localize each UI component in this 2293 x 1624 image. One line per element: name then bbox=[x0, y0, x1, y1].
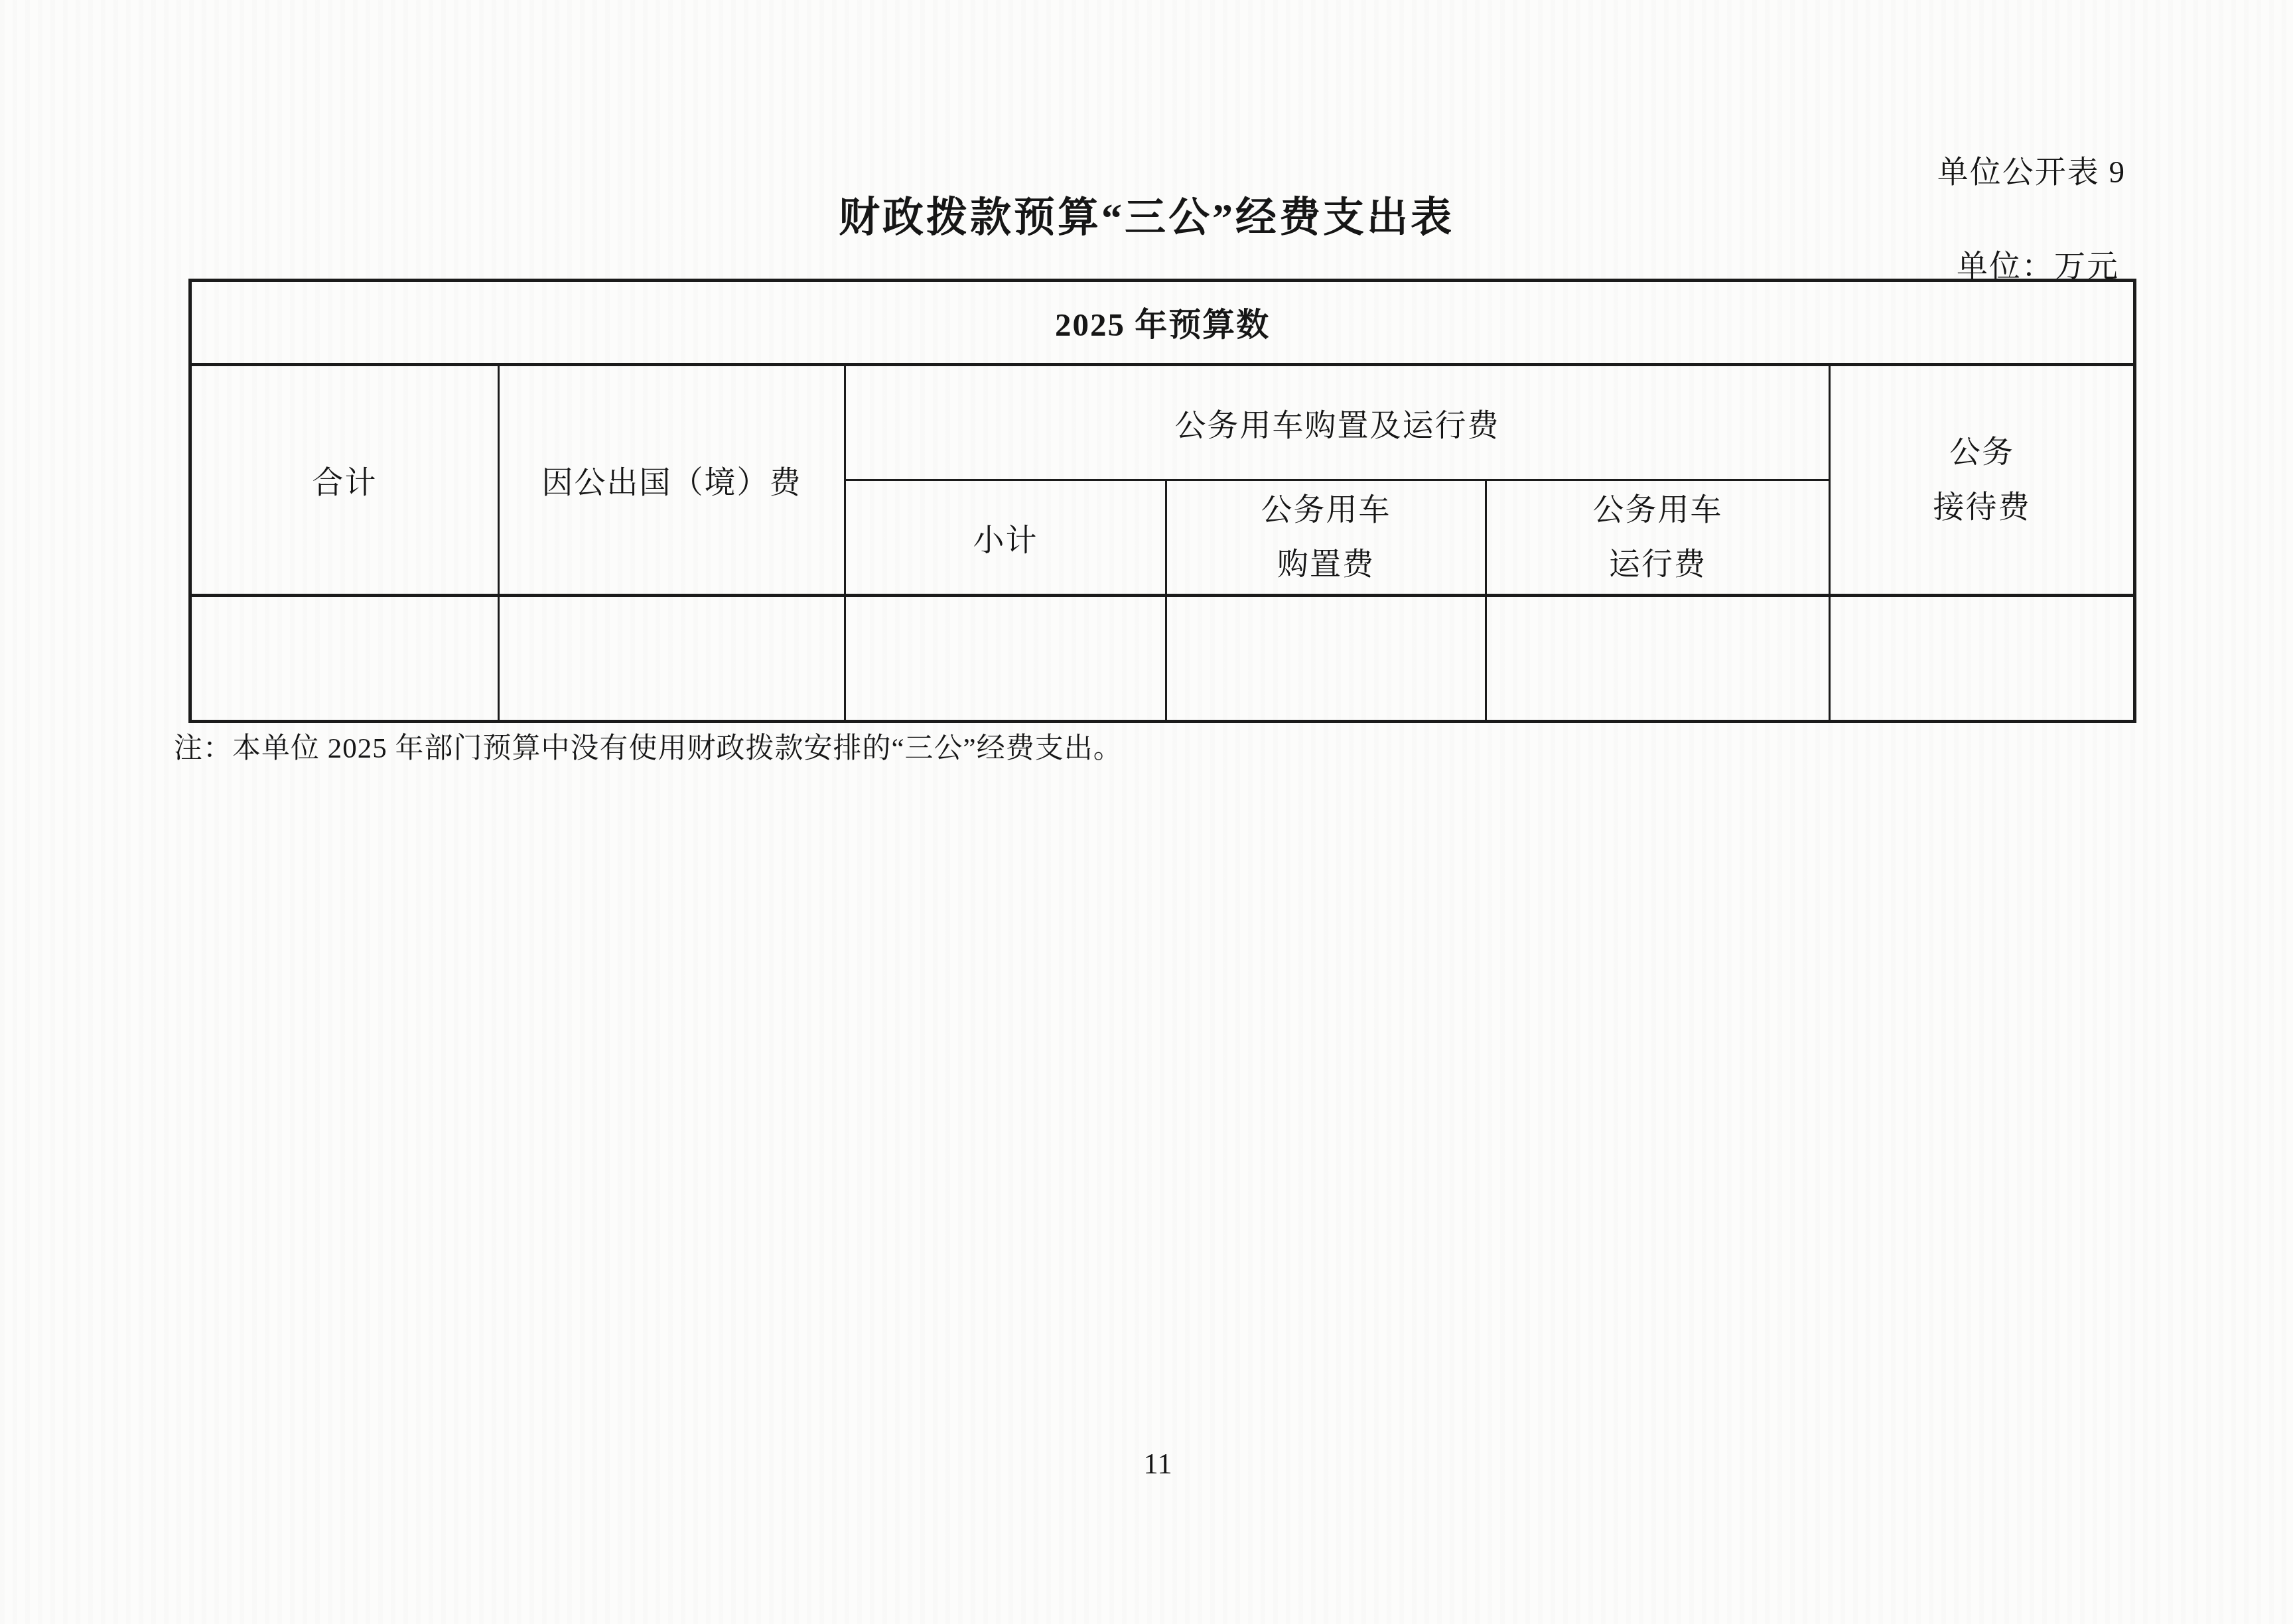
footnote: 注：本单位 2025 年部门预算中没有使用财政拨款安排的“三公”经费支出。 bbox=[174, 726, 1123, 766]
col-header-vehicle-purchase: 公务用车 购置费 bbox=[1166, 480, 1486, 596]
col-header-reception-line1: 公务 bbox=[1949, 435, 2014, 470]
col-header-vehicle-purchase-line2: 购置费 bbox=[1277, 547, 1375, 582]
col-header-reception-line2: 接待费 bbox=[1933, 490, 2031, 525]
table-row-data bbox=[190, 596, 2135, 722]
data-cell-vehicle-purchase bbox=[1166, 596, 1486, 722]
data-cell-vehicle-subtotal bbox=[845, 596, 1166, 722]
col-header-abroad: 因公出国（境）费 bbox=[499, 365, 845, 596]
col-header-vehicle-operation-line2: 运行费 bbox=[1609, 547, 1706, 582]
table-row-year: 2025 年预算数 bbox=[190, 281, 2135, 365]
budget-table: 2025 年预算数 合计 因公出国（境）费 公务用车购置及运行费 公务 接待费 … bbox=[188, 279, 2136, 723]
data-cell-total bbox=[190, 596, 499, 722]
col-header-vehicle-subtotal: 小计 bbox=[845, 480, 1166, 596]
year-header-cell: 2025 年预算数 bbox=[190, 281, 2135, 365]
col-header-vehicle-operation: 公务用车 运行费 bbox=[1486, 480, 1830, 596]
col-header-vehicle-operation-line1: 公务用车 bbox=[1593, 493, 1723, 527]
data-cell-abroad bbox=[499, 596, 845, 722]
col-header-reception: 公务 接待费 bbox=[1830, 365, 2135, 596]
page-number: 11 bbox=[1143, 1446, 1172, 1481]
page-title: 财政拨款预算“三公”经费支出表 bbox=[0, 184, 2293, 243]
col-header-vehicle-group: 公务用车购置及运行费 bbox=[845, 365, 1830, 480]
table-row-header-1: 合计 因公出国（境）费 公务用车购置及运行费 公务 接待费 bbox=[190, 365, 2135, 480]
data-cell-reception bbox=[1830, 596, 2135, 722]
col-header-vehicle-purchase-line1: 公务用车 bbox=[1261, 493, 1391, 527]
col-header-total: 合计 bbox=[190, 365, 499, 596]
data-cell-vehicle-operation bbox=[1486, 596, 1830, 722]
